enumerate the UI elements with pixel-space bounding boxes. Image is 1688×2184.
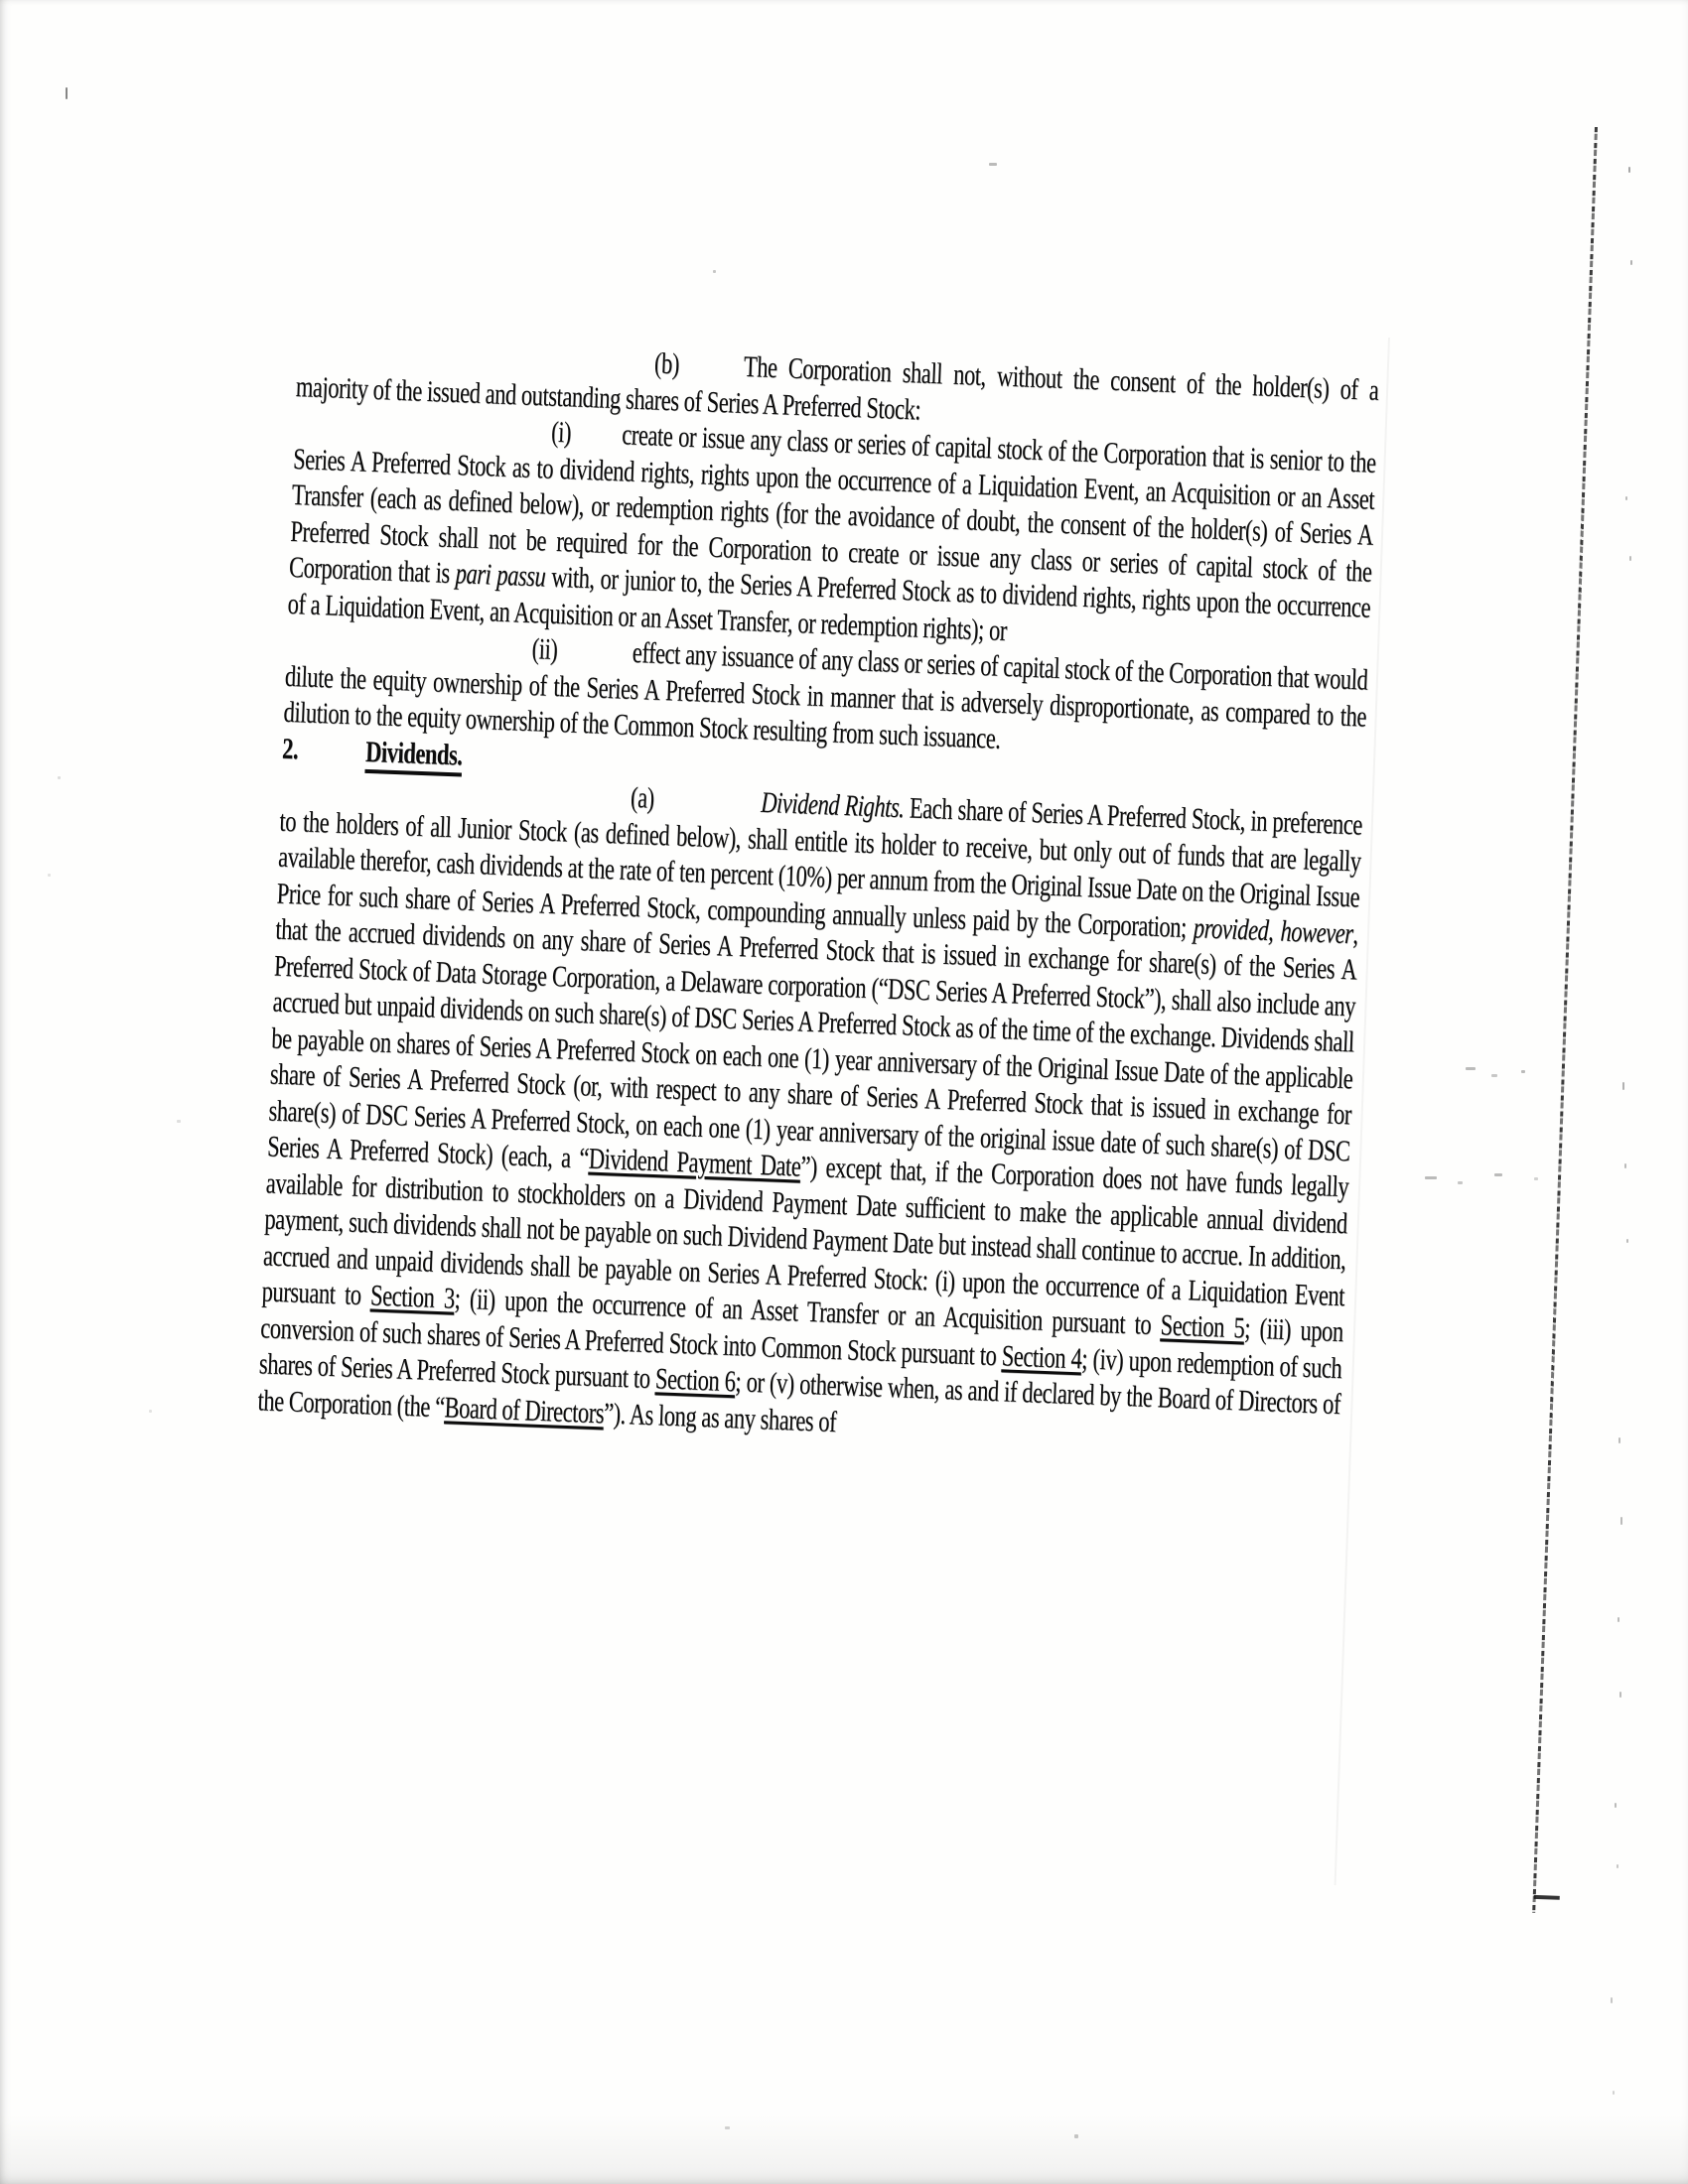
scan-speck xyxy=(149,1410,152,1413)
text-run: , that the accrued dividends on any shar… xyxy=(267,913,1359,1175)
text-run: ”). As long as any shares of xyxy=(604,1397,837,1438)
scan-speck xyxy=(1617,1864,1618,1868)
text-run: Dividend Rights. xyxy=(761,786,905,824)
scan-speck xyxy=(1521,1070,1525,1073)
section-number: 2. xyxy=(282,731,366,770)
text-run: provided, however xyxy=(1193,911,1353,950)
scan-speck xyxy=(1620,1517,1622,1525)
scan-speck xyxy=(48,874,51,877)
scan-speck xyxy=(1466,1067,1476,1070)
scan-bottom-shadow xyxy=(0,2115,1688,2184)
scan-speck xyxy=(1626,1239,1628,1243)
clause-i: (i)create or issue any class or series o… xyxy=(287,405,1376,663)
scan-speck xyxy=(1491,1074,1497,1077)
section-title: Dividends. xyxy=(364,735,463,776)
scan-speck xyxy=(1613,2091,1615,2095)
clause-label-ii: (ii) xyxy=(531,631,633,671)
text-run: create or issue any class or series of c… xyxy=(289,418,1377,590)
scan-speck xyxy=(1494,1173,1502,1176)
scan-speck xyxy=(1618,1617,1619,1622)
scanned-legal-page: (b)The Corporation shall not, without th… xyxy=(0,0,1688,2184)
scan-speck xyxy=(177,1120,181,1123)
scan-speck xyxy=(1458,1181,1463,1184)
scan-speck xyxy=(1625,496,1627,500)
clause-i-text: create or issue any class or series of c… xyxy=(287,418,1376,646)
text-run: Section 4 xyxy=(1001,1339,1082,1375)
document-text-block: (b)The Corporation shall not, without th… xyxy=(257,333,1379,1459)
scan-speck xyxy=(989,163,997,166)
text-run: pari passu xyxy=(455,557,546,593)
paragraph-a-text: Dividend Rights. Each share of Series A … xyxy=(257,786,1362,1438)
scan-speck xyxy=(1628,167,1630,173)
scan-speck xyxy=(1622,1082,1624,1090)
scan-speck xyxy=(1425,1176,1437,1179)
clause-label-i: (i) xyxy=(550,415,623,454)
scan-speck xyxy=(1611,1997,1613,2003)
text-run: Dividend Payment Date xyxy=(588,1143,801,1183)
text-run: Section 6 xyxy=(654,1362,736,1398)
scan-speck xyxy=(1630,260,1632,265)
text-run: Section 5 xyxy=(1160,1308,1245,1344)
text-run: Section 3 xyxy=(370,1279,456,1314)
scan-speck xyxy=(1629,556,1631,561)
scan-speck xyxy=(1618,1437,1620,1443)
scan-speck xyxy=(58,776,61,779)
scan-fold-line xyxy=(1532,127,1597,1913)
scan-speck xyxy=(713,270,716,273)
scan-speck xyxy=(1624,1163,1626,1168)
paragraph-a: (a)Dividend Rights. Each share of Series… xyxy=(257,767,1363,1459)
clause-label-b: (b) xyxy=(653,346,744,386)
text-run: Board of Directors xyxy=(444,1391,605,1430)
scan-speck xyxy=(66,87,68,99)
scan-speck xyxy=(1615,1803,1617,1808)
clause-label-a: (a) xyxy=(630,780,762,821)
scan-speck xyxy=(1619,1692,1621,1698)
scan-tick-mark xyxy=(1534,1895,1560,1900)
scan-speck xyxy=(1534,1177,1538,1180)
